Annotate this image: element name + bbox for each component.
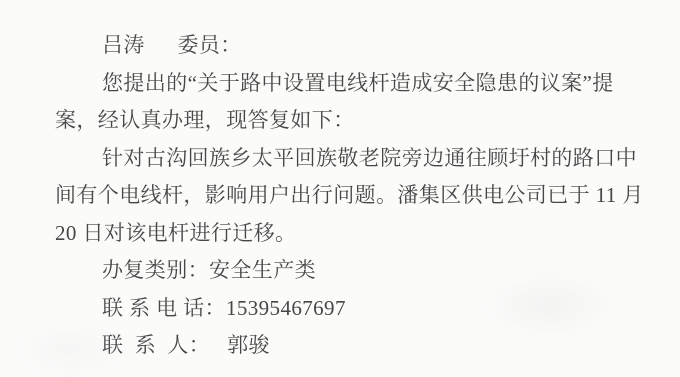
- body-paragraph-line-2: 间有个电线杆，影响用户出行问题。潘集区供电公司已于 11 月: [55, 177, 642, 215]
- contact-phone-line: 联 系 电 话：15395467697: [55, 290, 642, 328]
- body-paragraph-line-3: 20 日对该电杆进行迁移。: [55, 215, 642, 253]
- letter-body: 吕涛 委员： 您提出的“关于路中设置电线杆造成安全隐患的议案”提 案，经认真办理…: [55, 27, 642, 365]
- reply-category-line: 办复类别：安全生产类: [55, 252, 642, 290]
- scanned-reply-letter-page: 吕涛 委员： 您提出的“关于路中设置电线杆造成安全隐患的议案”提 案，经认真办理…: [0, 0, 680, 377]
- intro-paragraph-line-2: 案，经认真办理，现答复如下：: [55, 102, 642, 140]
- contact-person-line: 联 系 人： 郭骏: [55, 327, 642, 365]
- intro-paragraph-line-1: 您提出的“关于路中设置电线杆造成安全隐患的议案”提: [55, 65, 642, 103]
- salutation-line: 吕涛 委员：: [55, 27, 642, 65]
- body-paragraph-line-1: 针对古沟回族乡太平回族敬老院旁边通往顾圩村的路口中: [55, 140, 642, 178]
